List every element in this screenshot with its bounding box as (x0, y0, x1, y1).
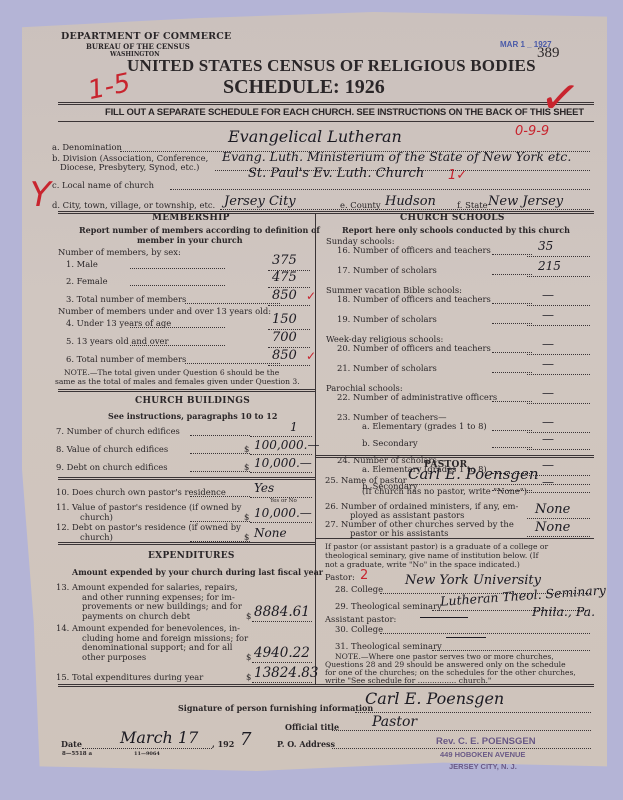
date-value: March 17 (120, 728, 198, 747)
pastor-note-4: write "See schedule for ................… (325, 676, 491, 685)
assistant-seminary-label: 31. Theological seminary (335, 641, 442, 651)
expenditure-line: cluding home and foreign missions; for (82, 633, 248, 643)
dollar-sign: $ (244, 532, 249, 542)
bureau-heading: BUREAU OF THE CENSUS (86, 42, 190, 51)
red-check-icon: ✓ (306, 289, 316, 303)
signature-label: Signature of person furnishing informati… (178, 703, 373, 713)
membership-item-label: 1. Male (66, 259, 98, 269)
dollar-sign: $ (244, 512, 249, 522)
school-item-value: — (542, 415, 554, 429)
county-label: e. County (340, 200, 381, 210)
expenditure-value: 8884.61 (254, 604, 310, 620)
year-digit: 7 (240, 729, 251, 750)
school-item-label: a. Elementary (grades 1 to 8) (362, 421, 487, 431)
schedule-number: 389 (537, 45, 560, 62)
dollar-sign: $ (246, 611, 251, 621)
official-title-value: Pastor (372, 714, 417, 730)
dollar-sign: $ (244, 462, 249, 472)
school-item-label: 19. Number of scholars (337, 314, 437, 324)
school-item-value: — (542, 288, 554, 302)
city-value: Jersey City (224, 194, 296, 209)
building-item-value: 1 (290, 420, 298, 434)
city-label: d. City, town, village, or township, etc… (52, 200, 215, 210)
division-value: Evang. Luth. Ministerium of the State of… (222, 149, 571, 164)
school-item-value: — (542, 458, 554, 472)
yes-no-hint: Yes or No (270, 498, 297, 504)
denomination-label: a. Denomination (52, 142, 122, 152)
expenditure-line: payments on church debt (82, 611, 190, 621)
local-name-value: St. Paul's Ev. Luth. Church (248, 166, 424, 181)
school-item-value: — (542, 475, 554, 489)
red-check-mark-icon: ✓ (536, 67, 584, 128)
school-item-label: 20. Number of officers and teachers (337, 343, 491, 353)
fill-out-instruction: FILL OUT A SEPARATE SCHEDULE FOR EACH CH… (105, 107, 584, 118)
instruction-divider (58, 121, 594, 122)
membership-item-value: 850 (272, 348, 297, 363)
membership-item-value: 475 (272, 270, 297, 285)
identification-divider (58, 211, 594, 214)
local-name-label: c. Local name of church (52, 180, 154, 190)
state-label: f. State (457, 200, 488, 210)
membership-item-value: 375 (272, 253, 297, 268)
date-label: Date (61, 739, 82, 749)
college-label: 28. College (335, 584, 383, 594)
expenditure-line: provements or new buildings; and for (82, 601, 242, 611)
building-item-label: 9. Debt on church edifices (56, 462, 168, 472)
building-item-label: 11. Value of pastor's residence (if owne… (56, 502, 241, 512)
school-item-value: 35 (538, 239, 553, 253)
dollar-sign: $ (246, 652, 251, 662)
address-stamp-line-1: Rev. C. E. POENSGEN (436, 736, 536, 747)
expenditure-line: other purposes (82, 652, 146, 662)
expenditure-line: denominational support; and for all (82, 642, 232, 652)
college-value: New York University (405, 573, 541, 588)
buildings-heading: CHURCH BUILDINGS (135, 396, 250, 406)
membership-item-value: 700 (272, 330, 297, 345)
building-item-value: 10,000.— (254, 506, 312, 520)
red-annotation-margin: Y (30, 175, 51, 215)
signature-value: Carl E. Poensgen (365, 689, 504, 708)
school-item-value: — (542, 357, 554, 371)
membership-intro-cont: member in your church (137, 235, 243, 245)
school-item-value: — (542, 308, 554, 322)
address-stamp-line-3: JERSEY CITY, N. J. (449, 762, 517, 771)
address-stamp-line-2: 449 HOBOKEN AVENUE (440, 750, 525, 759)
seminary-location: Phila., Pa. (532, 604, 595, 619)
expenditure-line: 15. Total expenditures during year (56, 672, 203, 682)
expenditure-line: and other running expenses; for im- (82, 592, 235, 602)
membership-item-label: 3. Total number of members (66, 294, 186, 304)
school-item-value: — (542, 337, 554, 351)
other-churches-label-cont: pastor or his assistants (350, 528, 448, 538)
building-item-value: None (254, 526, 287, 540)
print-code: 11—9064 (134, 751, 160, 757)
red-check-icon: ✓ (306, 349, 316, 363)
membership-item-value: 150 (272, 312, 297, 327)
school-item-value: — (542, 386, 554, 400)
pastor-name-hint: (If church has no pastor, write "None") (362, 486, 527, 496)
school-item-value: — (542, 432, 554, 446)
seminary-label: 29. Theological seminary (335, 601, 442, 611)
school-item-label: 21. Number of scholars (337, 363, 437, 373)
building-item-label: 7. Number of church edifices (56, 426, 180, 436)
assistant-college-label: 30. College (335, 624, 383, 634)
po-address-label: P. O. Address (277, 739, 335, 749)
official-title-label: Official title (285, 722, 339, 732)
red-division-code: 0-9-9 (515, 124, 549, 139)
buildings-subtitle: See instructions, paragraphs 10 to 12 (108, 411, 277, 421)
schools-heading: CHURCH SCHOOLS (400, 213, 505, 223)
membership-note-cont: same as the total of males and females g… (55, 377, 300, 386)
graduate-note-2: theological seminary, give name of insti… (325, 551, 538, 560)
form-code: 8—5518 a (62, 751, 92, 757)
expenditures-subtitle: Amount expended by your church during la… (72, 567, 323, 577)
building-item-label-cont: church) (80, 532, 113, 542)
pastor-name-label: 25. Name of pastor (325, 475, 407, 485)
dollar-sign: $ (244, 444, 249, 454)
school-item-label: 17. Number of scholars (337, 265, 437, 275)
year-prefix: , 192 (212, 739, 234, 749)
expenditures-heading: EXPENDITURES (148, 551, 235, 561)
expenditure-line: 14. Amount expended for benevolences, in… (56, 623, 240, 633)
building-item-label: 12. Debt on pastor's residence (if owned… (56, 522, 241, 532)
county-value: Hudson (385, 194, 436, 209)
state-value: New Jersey (488, 194, 563, 209)
red-pastor-count: 2 (360, 568, 368, 583)
school-item-label: 16. Number of officers and teachers (337, 245, 491, 255)
department-heading: DEPARTMENT OF COMMERCE (61, 31, 231, 42)
membership-heading: MEMBERSHIP (152, 213, 230, 223)
building-item-label-cont: church) (80, 512, 113, 522)
division-label-cont: Diocese, Presbytery, Synod, etc.) (60, 162, 199, 172)
assistant-education-label: Assistant pastor: (325, 614, 396, 624)
school-item-label: 22. Number of administrative officers (337, 392, 497, 402)
other-churches-value: None (535, 520, 570, 535)
building-item-value: 100,000.— (254, 438, 319, 452)
building-item-value: 10,000.— (254, 456, 312, 470)
members-by-age-label: Number of members under and over 13 year… (58, 306, 271, 316)
assistant-pastors-value: None (535, 502, 570, 517)
expenditure-value: 13824.83 (254, 665, 318, 681)
graduate-note: If pastor (or assistant pastor) is a gra… (325, 542, 548, 551)
pastor-education-label: Pastor: (325, 572, 355, 582)
membership-note: NOTE.—The total given under Question 6 s… (64, 368, 279, 377)
school-item-value: 215 (538, 259, 561, 273)
membership-item-value: 850 (272, 288, 297, 303)
document-subtitle: SCHEDULE: 1926 (223, 76, 385, 99)
header-divider (58, 102, 594, 105)
membership-item-label: 2. Female (66, 276, 108, 286)
dollar-sign: $ (246, 672, 251, 682)
membership-item-label: 6. Total number of members (66, 354, 186, 364)
members-by-sex-label: Number of members, by sex: (58, 247, 181, 257)
graduate-note-3: not a graduate, write "No" in the space … (325, 560, 520, 569)
expenditure-value: 4940.22 (254, 645, 310, 661)
schools-subtitle: Report here only schools conducted by th… (342, 225, 570, 235)
school-item-label: b. Secondary (362, 438, 418, 448)
denomination-value: Evangelical Lutheran (228, 127, 402, 146)
expenditure-line: 13. Amount expended for salaries, repair… (56, 582, 238, 592)
document-title: UNITED STATES CENSUS OF RELIGIOUS BODIES (127, 56, 536, 76)
building-item-label: 8. Value of church edifices (56, 444, 168, 454)
membership-intro: Report number of members according to de… (79, 225, 320, 235)
building-item-value: Yes (254, 481, 274, 495)
pastor-name-value: Carl E. Poensgen (408, 465, 539, 483)
school-item-label: 18. Number of officers and teachers (337, 294, 491, 304)
